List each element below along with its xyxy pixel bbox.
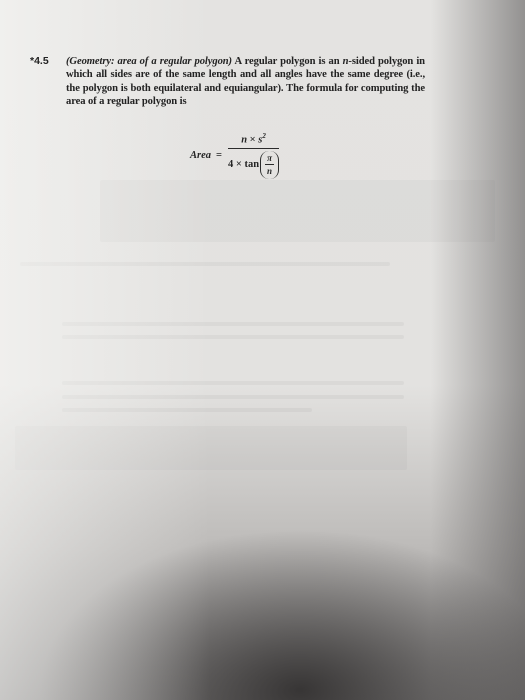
show-through-line <box>62 408 312 412</box>
show-through-line <box>62 381 404 385</box>
formula-lhs: Area <box>190 150 211 161</box>
formula-fraction: n × s2 4 × tan π n <box>228 132 279 179</box>
exercise-number: *4.5 <box>30 55 49 68</box>
exercise-4-5: *4.5 (Geometry: area of a regular polygo… <box>30 55 425 109</box>
show-through-line <box>62 395 404 399</box>
formula-equals: = <box>216 150 222 161</box>
show-through-box <box>100 180 495 242</box>
tan-argument: π n <box>260 151 279 179</box>
exercise-title: (Geometry: area of a regular polygon) <box>66 56 232 67</box>
show-through-box <box>15 426 407 470</box>
show-through-line <box>62 322 404 326</box>
show-through-line <box>62 335 404 339</box>
formula-denominator: 4 × tan π n <box>228 149 279 179</box>
show-through-line <box>20 262 390 266</box>
area-formula: Area = n × s2 4 × tan π n <box>190 132 279 179</box>
formula-numerator: n × s2 <box>235 132 272 148</box>
exercise-text: (Geometry: area of a regular polygon) A … <box>66 55 425 109</box>
